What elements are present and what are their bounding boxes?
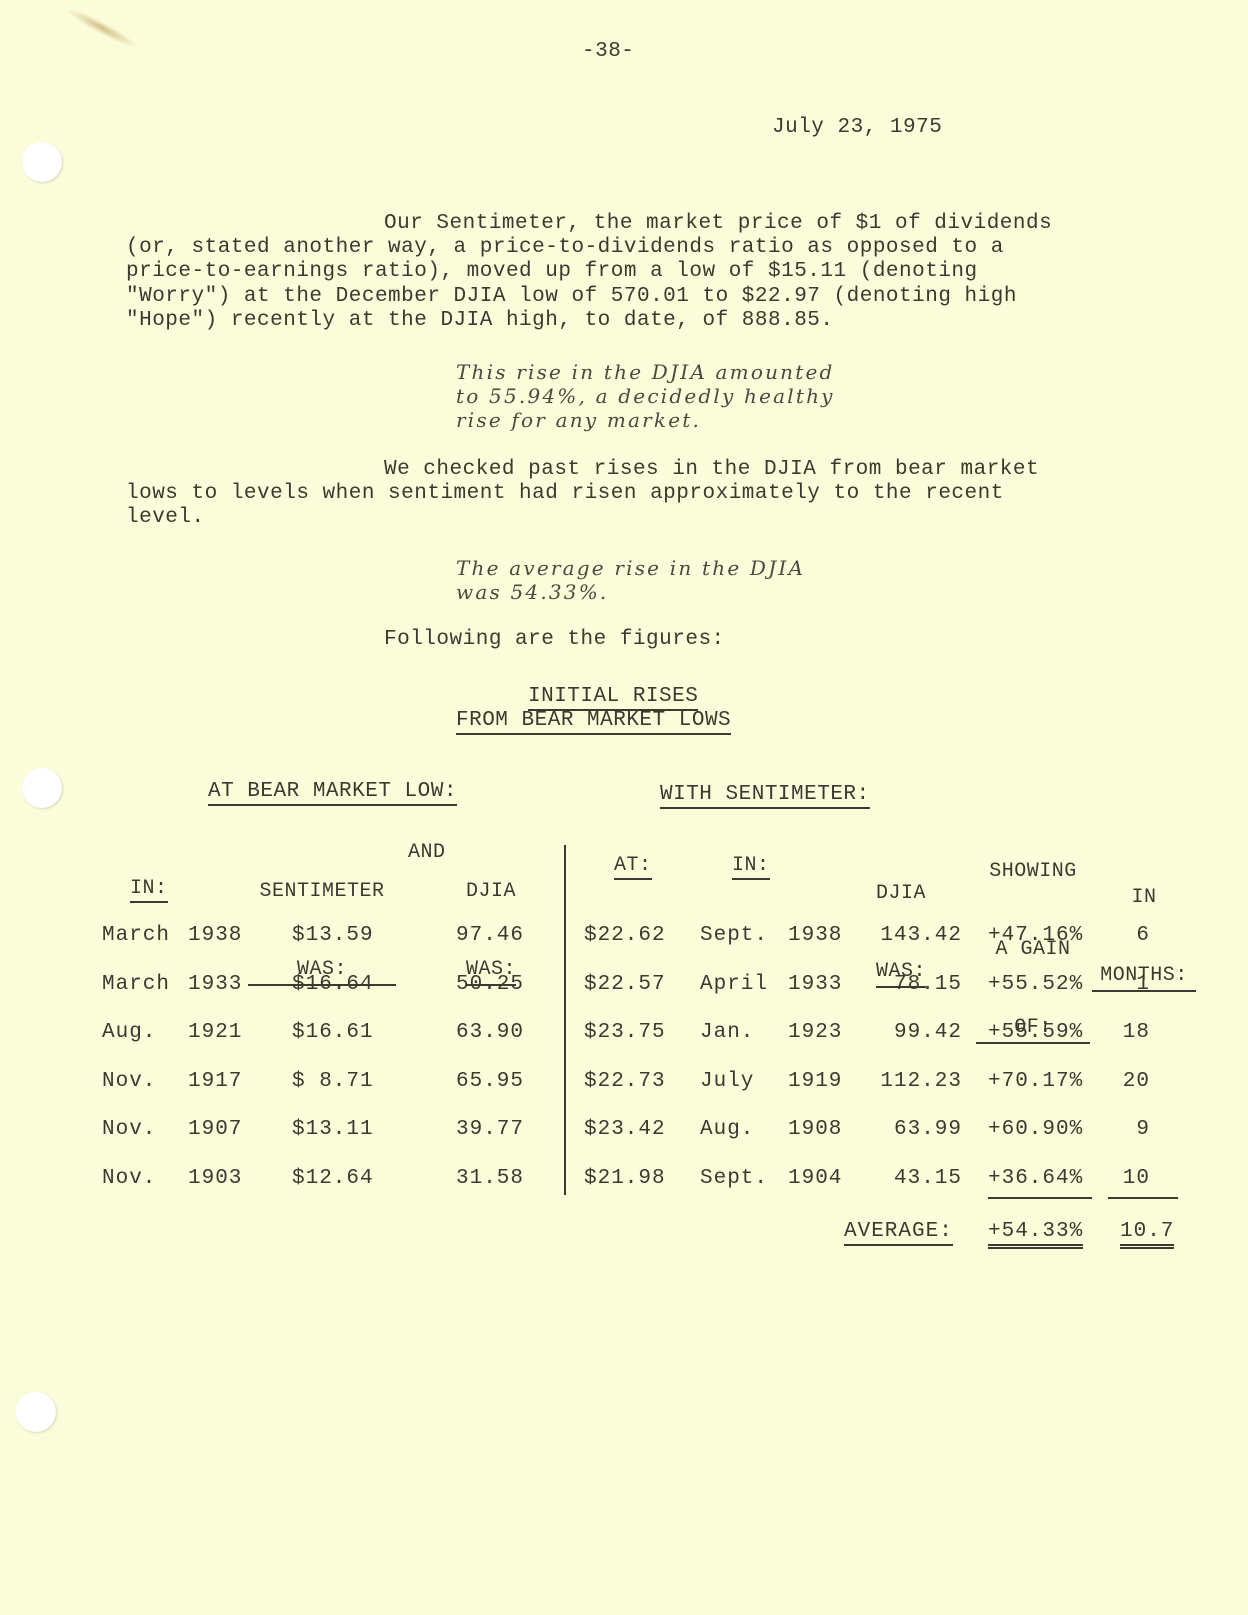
table-subtitle: FROM BEAR MARKET LOWS: [456, 709, 731, 735]
cell-low-djia: 39.77: [436, 1118, 524, 1141]
average-months-value: 10.7: [1120, 1220, 1174, 1249]
header-sentimeter: SENTIMETER: [248, 879, 396, 905]
cell-months: 10: [1108, 1167, 1150, 1190]
cell-gain: +70.17%: [988, 1070, 1083, 1093]
cell-low-year: 1933: [188, 973, 242, 996]
cell-djia: 112.23: [866, 1070, 962, 1093]
column-divider: [564, 845, 566, 1195]
callout-line: This rise in the DJIA amounted: [456, 360, 835, 384]
cell-low-sentimeter: $16.64: [292, 973, 374, 996]
cell-at: $23.75: [584, 1021, 666, 1044]
cell-at: $23.42: [584, 1118, 666, 1141]
punch-hole: [22, 142, 62, 182]
cell-low-month: March: [102, 973, 170, 996]
cell-in-month: Sept.: [700, 1167, 768, 1190]
cell-in-year: 1904: [788, 1167, 842, 1190]
cell-low-month: Nov.: [102, 1118, 156, 1141]
total-rule: [1108, 1197, 1178, 1199]
cell-gain: +55.52%: [988, 973, 1083, 996]
paragraph-line: "Hope") recently at the DJIA high, to da…: [126, 309, 834, 332]
group-header-bear-low: AT BEAR MARKET LOW:: [208, 780, 457, 806]
cell-in-month: Aug.: [700, 1118, 754, 1141]
cell-months: 6: [1108, 924, 1150, 947]
cell-in-month: Jan.: [700, 1021, 754, 1044]
callout-line: to 55.94%, a decidedly healthy: [456, 384, 835, 408]
group-header-sentimeter: WITH SENTIMETER:: [660, 783, 870, 809]
cell-low-djia: 97.46: [436, 924, 524, 947]
header-showing: SHOWING: [976, 859, 1090, 885]
cell-low-djia: 63.90: [436, 1021, 524, 1044]
cell-low-month: Aug.: [102, 1021, 156, 1044]
cell-at: $22.62: [584, 924, 666, 947]
cell-low-month: Nov.: [102, 1167, 156, 1190]
header-djia: DJIA: [466, 879, 516, 905]
cell-low-sentimeter: $13.59: [292, 924, 374, 947]
cell-gain: +36.64%: [988, 1167, 1083, 1190]
average-label: AVERAGE:: [844, 1220, 953, 1243]
cell-low-djia: 50.25: [436, 973, 524, 996]
punch-hole: [16, 1392, 56, 1432]
cell-djia: 143.42: [866, 924, 962, 947]
cell-months: 20: [1108, 1070, 1150, 1093]
cell-in-year: 1919: [788, 1070, 842, 1093]
paragraph-line: "Worry") at the December DJIA low of 570…: [126, 285, 1017, 308]
callout-line: was 54.33%.: [456, 580, 608, 604]
header-at: AT:: [614, 854, 652, 880]
cell-in-year: 1923: [788, 1021, 842, 1044]
cell-in-year: 1938: [788, 924, 842, 947]
cell-in-year: 1908: [788, 1118, 842, 1141]
cell-at: $22.57: [584, 973, 666, 996]
table-title: INITIAL RISES: [528, 685, 698, 711]
header-in-months: IN: [1092, 885, 1196, 911]
cell-in-month: April: [700, 973, 768, 996]
cell-djia: 63.99: [866, 1118, 962, 1141]
cell-low-sentimeter: $16.61: [292, 1021, 374, 1044]
cell-low-sentimeter: $12.64: [292, 1167, 374, 1190]
cell-gain: +55.59%: [988, 1021, 1083, 1044]
callout-line: rise for any market.: [456, 408, 701, 432]
cell-low-year: 1907: [188, 1118, 242, 1141]
paragraph-line: lows to levels when sentiment had risen …: [126, 482, 1004, 505]
cell-low-djia: 31.58: [436, 1167, 524, 1190]
cell-low-year: 1921: [188, 1021, 242, 1044]
average-label-text: AVERAGE:: [844, 1220, 953, 1246]
paragraph-line: level.: [126, 506, 205, 529]
cell-low-year: 1903: [188, 1167, 242, 1190]
paragraph-line: We checked past rises in the DJIA from b…: [384, 458, 1039, 481]
average-gain: +54.33%: [988, 1220, 1083, 1243]
cell-in-month: Sept.: [700, 924, 768, 947]
cell-low-djia: 65.95: [436, 1070, 524, 1093]
header-in-date: IN:: [732, 854, 770, 880]
cell-months: 18: [1108, 1021, 1150, 1044]
header-djia2: DJIA: [876, 881, 926, 907]
document-date: July 23, 1975: [772, 116, 942, 139]
header-and: AND: [408, 840, 446, 866]
cell-at: $22.73: [584, 1070, 666, 1093]
punch-hole: [22, 768, 62, 808]
callout-line: The average rise in the DJIA: [456, 556, 805, 580]
paragraph-line: price-to-earnings ratio), moved up from …: [126, 260, 978, 283]
cell-djia: 78.15: [866, 973, 962, 996]
header-in: IN:: [130, 877, 168, 903]
cell-low-month: Nov.: [102, 1070, 156, 1093]
cell-at: $21.98: [584, 1167, 666, 1190]
paragraph-line: (or, stated another way, a price-to-divi…: [126, 236, 1004, 259]
cell-low-sentimeter: $ 8.71: [292, 1070, 374, 1093]
total-rule: [988, 1197, 1092, 1199]
cell-low-year: 1938: [188, 924, 242, 947]
cell-gain: +60.90%: [988, 1118, 1083, 1141]
cell-months: 9: [1108, 1118, 1150, 1141]
cell-in-month: July: [700, 1070, 754, 1093]
cell-low-year: 1917: [188, 1070, 242, 1093]
paper-stain: [64, 4, 140, 52]
paragraph-line: Our Sentimeter, the market price of $1 o…: [384, 212, 1052, 235]
cell-low-month: March: [102, 924, 170, 947]
cell-gain: +47.16%: [988, 924, 1083, 947]
cell-months: 1: [1108, 973, 1150, 996]
cell-low-sentimeter: $13.11: [292, 1118, 374, 1141]
cell-in-year: 1933: [788, 973, 842, 996]
intro-text: Following are the figures:: [384, 628, 725, 651]
average-gain-value: +54.33%: [988, 1220, 1083, 1249]
page-number: -38-: [582, 40, 634, 63]
average-months: 10.7: [1120, 1220, 1174, 1243]
cell-djia: 99.42: [866, 1021, 962, 1044]
cell-djia: 43.15: [866, 1167, 962, 1190]
